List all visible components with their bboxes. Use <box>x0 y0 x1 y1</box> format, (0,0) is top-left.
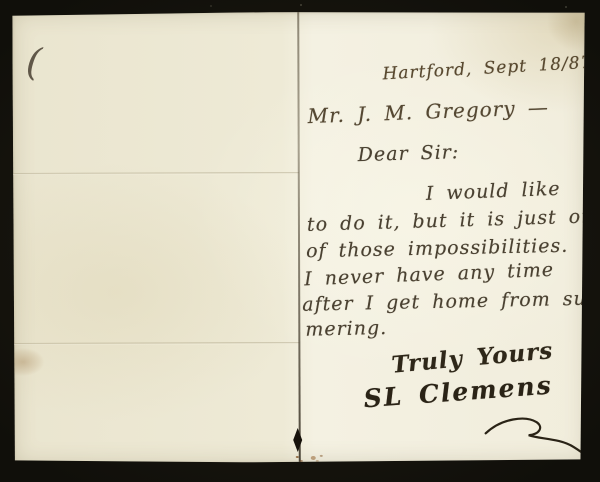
body-line: of those impossibilities. <box>306 235 569 262</box>
body-line: I would like <box>425 178 560 205</box>
pen-mark: ( <box>25 42 44 81</box>
letter-paper: ( Hartford, Sept 18/87. Mr. J. M. Gregor… <box>12 11 587 464</box>
dust-specks <box>300 4 302 6</box>
blot-specks <box>296 456 299 458</box>
body-line: mering. <box>305 317 387 341</box>
body-line: I never have any time <box>304 259 555 291</box>
salutation-line: Dear Sir: <box>357 141 459 166</box>
recipient-line: Mr. J. M. Gregory — <box>307 95 549 128</box>
ink-blot <box>293 428 303 452</box>
signature-flourish <box>482 413 594 463</box>
center-fold-line <box>297 12 301 463</box>
paper-stain <box>7 341 59 383</box>
letter-photograph: ( Hartford, Sept 18/87. Mr. J. M. Gregor… <box>0 0 600 482</box>
fold-crease-upper <box>13 172 299 175</box>
body-line: after I get home from sum- <box>302 287 600 316</box>
signature-line: SL Clemens <box>363 371 554 414</box>
body-line: to do it, but it is just one <box>307 205 600 236</box>
